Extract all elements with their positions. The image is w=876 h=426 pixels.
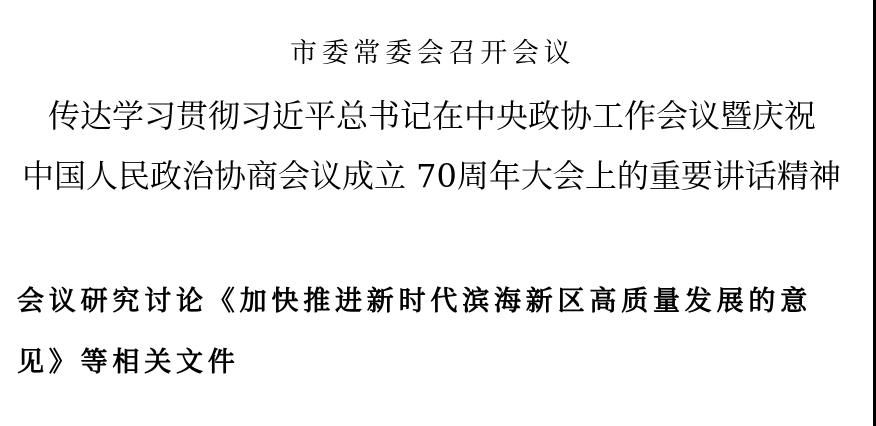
headline-line-2: 中国人民政治协商会议成立 70周年大会上的重要讲话精神	[22, 160, 841, 192]
document-page: 市委常委会召开会议 传达学习贯彻习近平总书记在中央政协工作会议暨庆祝 中国人民政…	[0, 0, 873, 426]
kicker-title: 市委常委会召开会议	[290, 40, 575, 67]
subhead-line-1: 会议研究讨论《加快推进新时代滨海新区高质量发展的意	[17, 288, 812, 315]
headline-line-1: 传达学习贯彻习近平总书记在中央政协工作会议暨庆祝	[48, 100, 816, 132]
subhead-line-2: 见》等相关文件	[17, 349, 240, 376]
